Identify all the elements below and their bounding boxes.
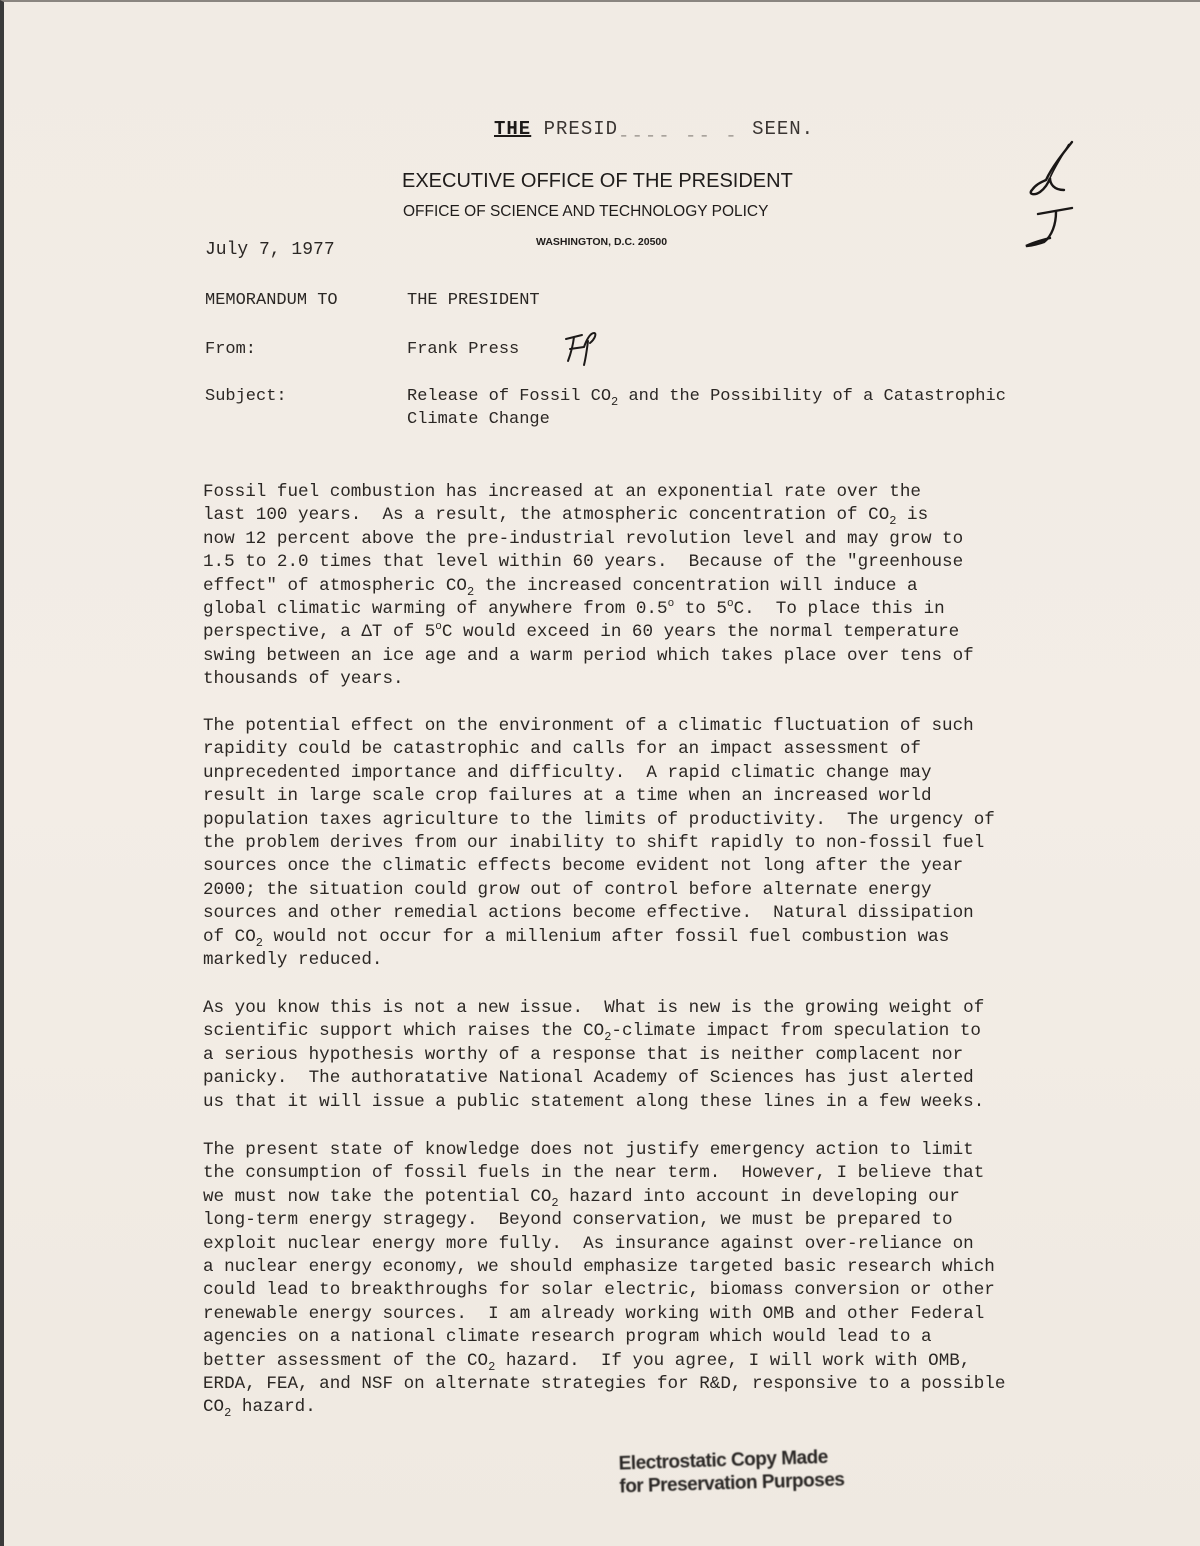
text-line: markedly reduced. <box>203 949 1123 972</box>
preservation-stamp: Electrostatic Copy Made for Preservation… <box>618 1445 844 1498</box>
text-line: panicky. The authoratative National Acad… <box>203 1067 1123 1090</box>
from-label: From: <box>205 340 256 359</box>
stamp-word-the: THE <box>494 118 531 140</box>
text-line: unprecedented importance and difficulty.… <box>203 762 1123 785</box>
text-line: Fossil fuel combustion has increased at … <box>203 481 1123 504</box>
paragraph-1: Fossil fuel combustion has increased at … <box>203 481 1123 692</box>
text-line: renewable energy sources. I am already w… <box>203 1303 1123 1326</box>
text-line: rapidity could be catastrophic and calls… <box>203 738 1123 761</box>
stamp-word-seen: SEEN. <box>752 118 814 140</box>
text-line: effect" of atmospheric CO2 the increased… <box>203 575 1123 598</box>
text-line: a nuclear energy economy, we should emph… <box>203 1256 1123 1279</box>
letterhead-address: WASHINGTON, D.C. 20500 <box>536 236 667 248</box>
text-line: 1.5 to 2.0 times that level within 60 ye… <box>203 551 1123 574</box>
text-line: CO2 hazard. <box>203 1396 1123 1419</box>
text-line: could lead to breakthroughs for solar el… <box>203 1279 1123 1302</box>
subject-value-line1: Release of Fossil CO2 and the Possibilit… <box>407 387 1006 406</box>
text-line: we must now take the potential CO2 hazar… <box>203 1186 1123 1209</box>
text-line: sources once the climatic effects become… <box>203 855 1123 878</box>
stamp-faded-text: ˍˍˍˍ ˍˍ ˍ <box>618 118 752 140</box>
text-line: scientific support which raises the CO2-… <box>203 1020 1123 1043</box>
text-line: exploit nuclear energy more fully. As in… <box>203 1233 1123 1256</box>
text-line: population taxes agriculture to the limi… <box>203 809 1123 832</box>
text-line: sources and other remedial actions becom… <box>203 902 1123 925</box>
stamp-word-president: PRESID <box>544 118 618 140</box>
seen-stamp: THE PRESIDˍˍˍˍ ˍˍ ˍ SEEN. <box>494 118 814 140</box>
text-line: now 12 percent above the pre-industrial … <box>203 528 1123 551</box>
to-value: THE PRESIDENT <box>407 291 540 310</box>
text-line: The present state of knowledge does not … <box>203 1139 1123 1162</box>
to-label: MEMORANDUM TO <box>205 291 338 310</box>
subject-label: Subject: <box>205 387 287 406</box>
subject-value-line2: Climate Change <box>407 410 550 429</box>
text-line: perspective, a ΔT of 5oC would exceed in… <box>203 621 1123 644</box>
memo-date: July 7, 1977 <box>205 240 335 260</box>
paragraph-4: The present state of knowledge does not … <box>203 1139 1123 1420</box>
text-line: The potential effect on the environment … <box>203 715 1123 738</box>
from-value: Frank Press <box>407 340 519 359</box>
text-line: long-term energy stragegy. Beyond conser… <box>203 1209 1123 1232</box>
text-line: of CO2 would not occur for a millenium a… <box>203 926 1123 949</box>
text-line: the consumption of fossil fuels in the n… <box>203 1162 1123 1185</box>
text-line: us that it will issue a public statement… <box>203 1091 1123 1114</box>
handwritten-initials-icon <box>1014 132 1104 262</box>
text-line: 2000; the situation could grow out of co… <box>203 879 1123 902</box>
text-line: swing between an ice age and a warm peri… <box>203 645 1123 668</box>
memo-page: THE PRESIDˍˍˍˍ ˍˍ ˍ SEEN. EXECUTIVE OFFI… <box>0 0 1200 1546</box>
text-line: thousands of years. <box>203 668 1123 691</box>
paragraph-2: The potential effect on the environment … <box>203 715 1123 972</box>
text-line: result in large scale crop failures at a… <box>203 785 1123 808</box>
text-line: ERDA, FEA, and NSF on alternate strategi… <box>203 1373 1123 1396</box>
text-line: the problem derives from our inability t… <box>203 832 1123 855</box>
signature-icon <box>562 327 606 367</box>
text-line: better assessment of the CO2 hazard. If … <box>203 1350 1123 1373</box>
letterhead-title: EXECUTIVE OFFICE OF THE PRESIDENT <box>402 170 793 193</box>
text-line: agencies on a national climate research … <box>203 1326 1123 1349</box>
text-line: global climatic warming of anywhere from… <box>203 598 1123 621</box>
text-line: last 100 years. As a result, the atmosph… <box>203 504 1123 527</box>
paragraph-3: As you know this is not a new issue. Wha… <box>203 997 1123 1114</box>
text-line: As you know this is not a new issue. Wha… <box>203 997 1123 1020</box>
letterhead-office: OFFICE OF SCIENCE AND TECHNOLOGY POLICY <box>403 203 768 221</box>
text-line: a serious hypothesis worthy of a respons… <box>203 1044 1123 1067</box>
